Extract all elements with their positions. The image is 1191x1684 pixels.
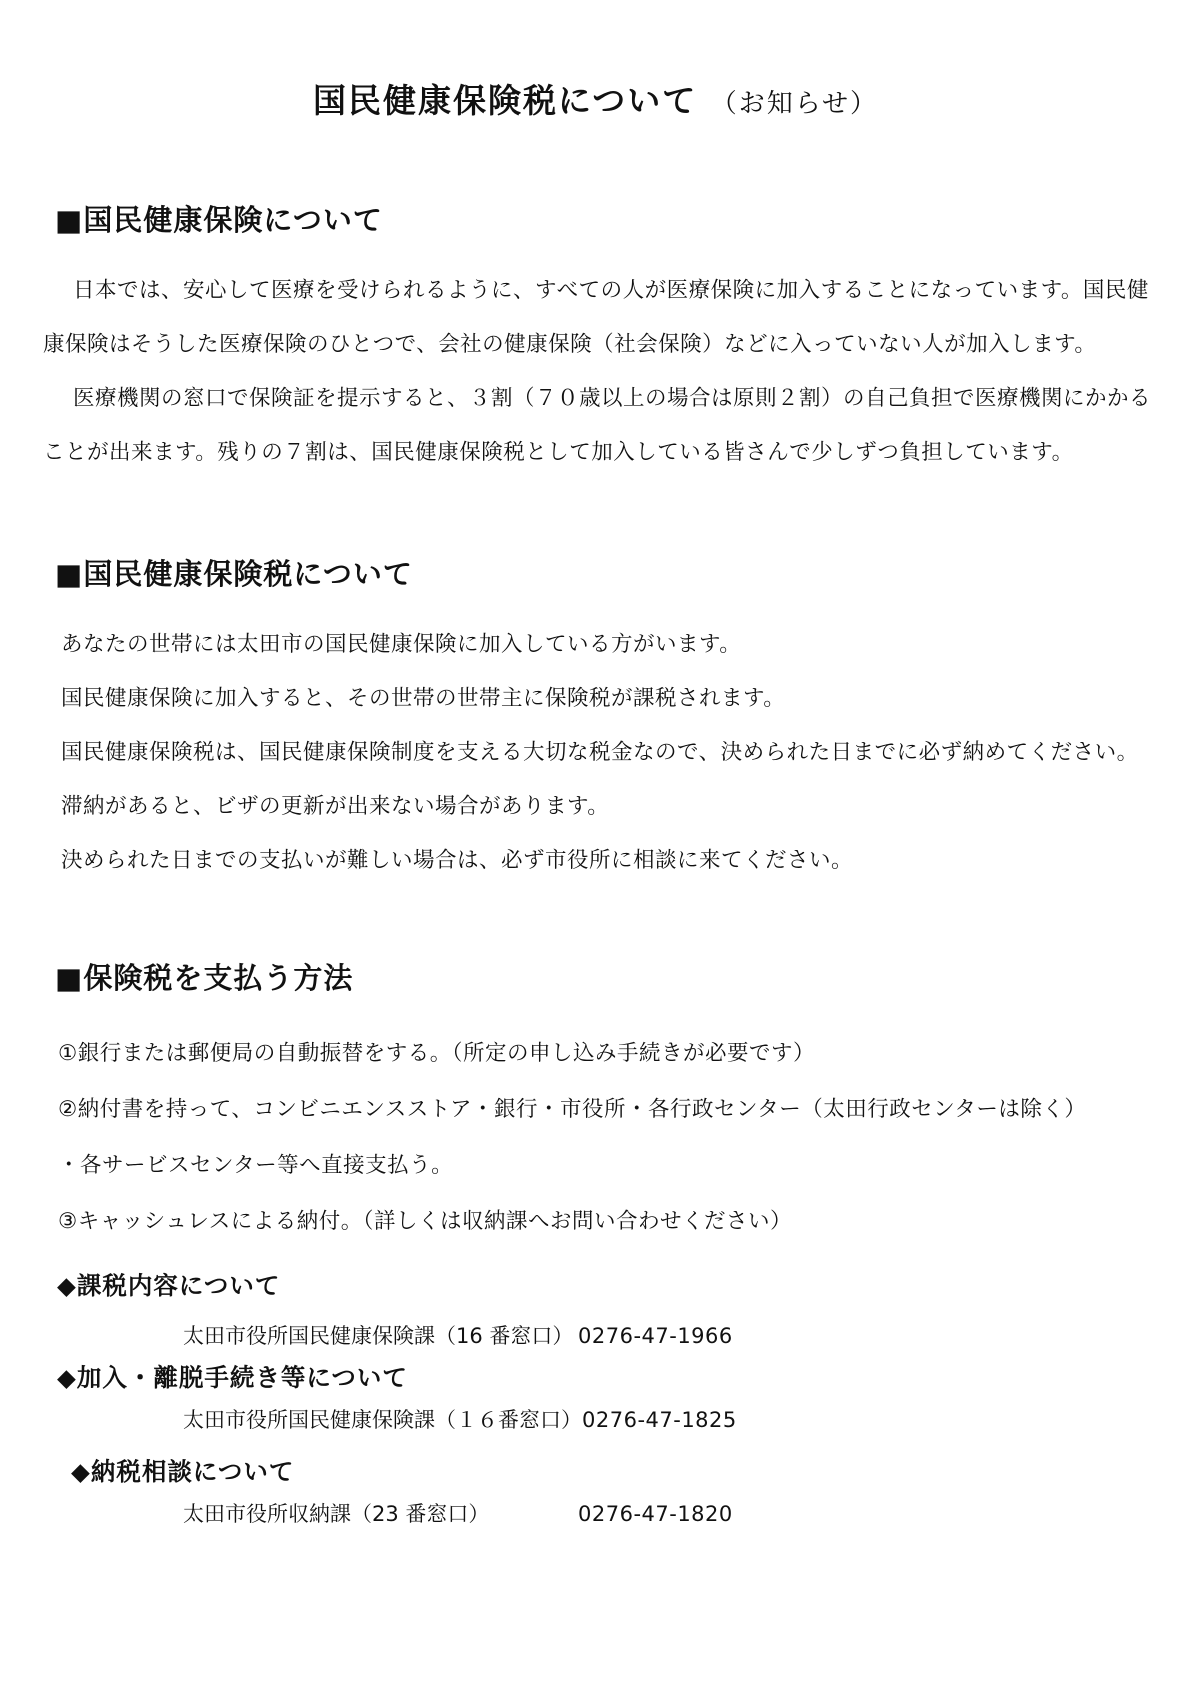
page-title-main: 国民健康保険税について: [313, 81, 697, 120]
paragraph-line: 滞納があると、ビザの更新が出来ない場合があります。: [43, 780, 1148, 834]
payment-method-item: ③キャッシュレスによる納付。（詳しくは収納課へお問い合わせください）: [43, 1194, 1148, 1250]
payment-method-item: ①銀行または郵便局の自動振替をする。（所定の申し込み手続きが必要です）: [43, 1026, 1148, 1082]
contact-heading: ◆加入・離脱手続き等について: [43, 1358, 1148, 1398]
contact-block-enrollment: ◆加入・離脱手続き等について 太田市役所国民健康保険課（１６番窓口）0276-4…: [43, 1358, 1148, 1442]
payment-method-item-continuation: ・各サービスセンター等へ直接支払う。: [43, 1138, 1148, 1194]
contact-block-taxation: ◆課税内容について 太田市役所国民健康保険課（16 番窓口）0276-47-19…: [43, 1266, 1148, 1358]
section-about-tax-paragraph: あなたの世帯には太田市の国民健康保険に加入している方がいます。 国民健康保険に加…: [43, 618, 1148, 888]
section-payment-methods: ■保険税を支払う方法 ①銀行または郵便局の自動振替をする。（所定の申し込み手続き…: [43, 960, 1148, 1536]
section-about-nhi: ■国民健康保険について 日本では、安心して医療を受けられるように、すべての人が医…: [43, 202, 1148, 480]
contact-office: 太田市役所収納課（23 番窓口）: [183, 1492, 578, 1536]
contact-phone: 0276-47-1825: [582, 1398, 737, 1442]
contact-line: 太田市役所国民健康保険課（１６番窓口）0276-47-1825: [43, 1398, 1148, 1442]
contact-phone: 0276-47-1966: [578, 1314, 733, 1358]
paragraph-line: 医療機関の窓口で保険証を提示すると、３割（７０歳以上の場合は原則２割）の自己負担…: [43, 372, 1148, 426]
contact-phone: 0276-47-1820: [578, 1492, 733, 1536]
paragraph-line: 国民健康保険税は、国民健康保険制度を支える大切な税金なので、決められた日までに必…: [43, 726, 1148, 780]
payment-method-item: ②納付書を持って、コンビニエンスストア・銀行・市役所・各行政センター（太田行政セ…: [43, 1082, 1148, 1138]
page-title-note: （お知らせ）: [711, 89, 878, 119]
contact-heading: ◆課税内容について: [43, 1266, 1148, 1306]
contact-line: 太田市役所国民健康保険課（16 番窓口）0276-47-1966: [43, 1314, 1148, 1358]
paragraph-line: 決められた日までの支払いが難しい場合は、必ず市役所に相談に来てください。: [43, 834, 1148, 888]
payment-method-list: ①銀行または郵便局の自動振替をする。（所定の申し込み手続きが必要です） ②納付書…: [43, 1026, 1148, 1250]
paragraph-line: ことが出来ます。残りの７割は、国民健康保険税として加入している皆さんで少しずつ負…: [43, 426, 1148, 480]
paragraph-line: 日本では、安心して医療を受けられるように、すべての人が医療保険に加入することにな…: [43, 264, 1148, 318]
section-about-tax: ■国民健康保険税について あなたの世帯には太田市の国民健康保険に加入している方が…: [43, 556, 1148, 888]
contact-line: 太田市役所収納課（23 番窓口）0276-47-1820: [43, 1492, 1148, 1536]
section-payment-heading: ■保険税を支払う方法: [43, 960, 1148, 996]
paragraph-line: あなたの世帯には太田市の国民健康保険に加入している方がいます。: [43, 618, 1148, 672]
paragraph-line: 康保険はそうした医療保険のひとつで、会社の健康保険（社会保険）などに入っていない…: [43, 318, 1148, 372]
section-about-nhi-heading: ■国民健康保険について: [43, 202, 1148, 238]
section-about-tax-heading: ■国民健康保険税について: [43, 556, 1148, 592]
contact-block-tax-consultation: ◆納税相談について 太田市役所収納課（23 番窓口）0276-47-1820: [43, 1452, 1148, 1536]
document-page: 国民健康保険税について （お知らせ） ■国民健康保険について 日本では、安心して…: [0, 0, 1191, 1684]
contact-office: 太田市役所国民健康保険課（１６番窓口）: [183, 1398, 582, 1442]
paragraph-line: 国民健康保険に加入すると、その世帯の世帯主に保険税が課税されます。: [43, 672, 1148, 726]
contact-office: 太田市役所国民健康保険課（16 番窓口）: [183, 1314, 578, 1358]
page-title: 国民健康保険税について （お知らせ）: [43, 0, 1148, 122]
section-about-nhi-paragraph: 日本では、安心して医療を受けられるように、すべての人が医療保険に加入することにな…: [43, 264, 1148, 480]
contact-heading: ◆納税相談について: [43, 1452, 1148, 1492]
